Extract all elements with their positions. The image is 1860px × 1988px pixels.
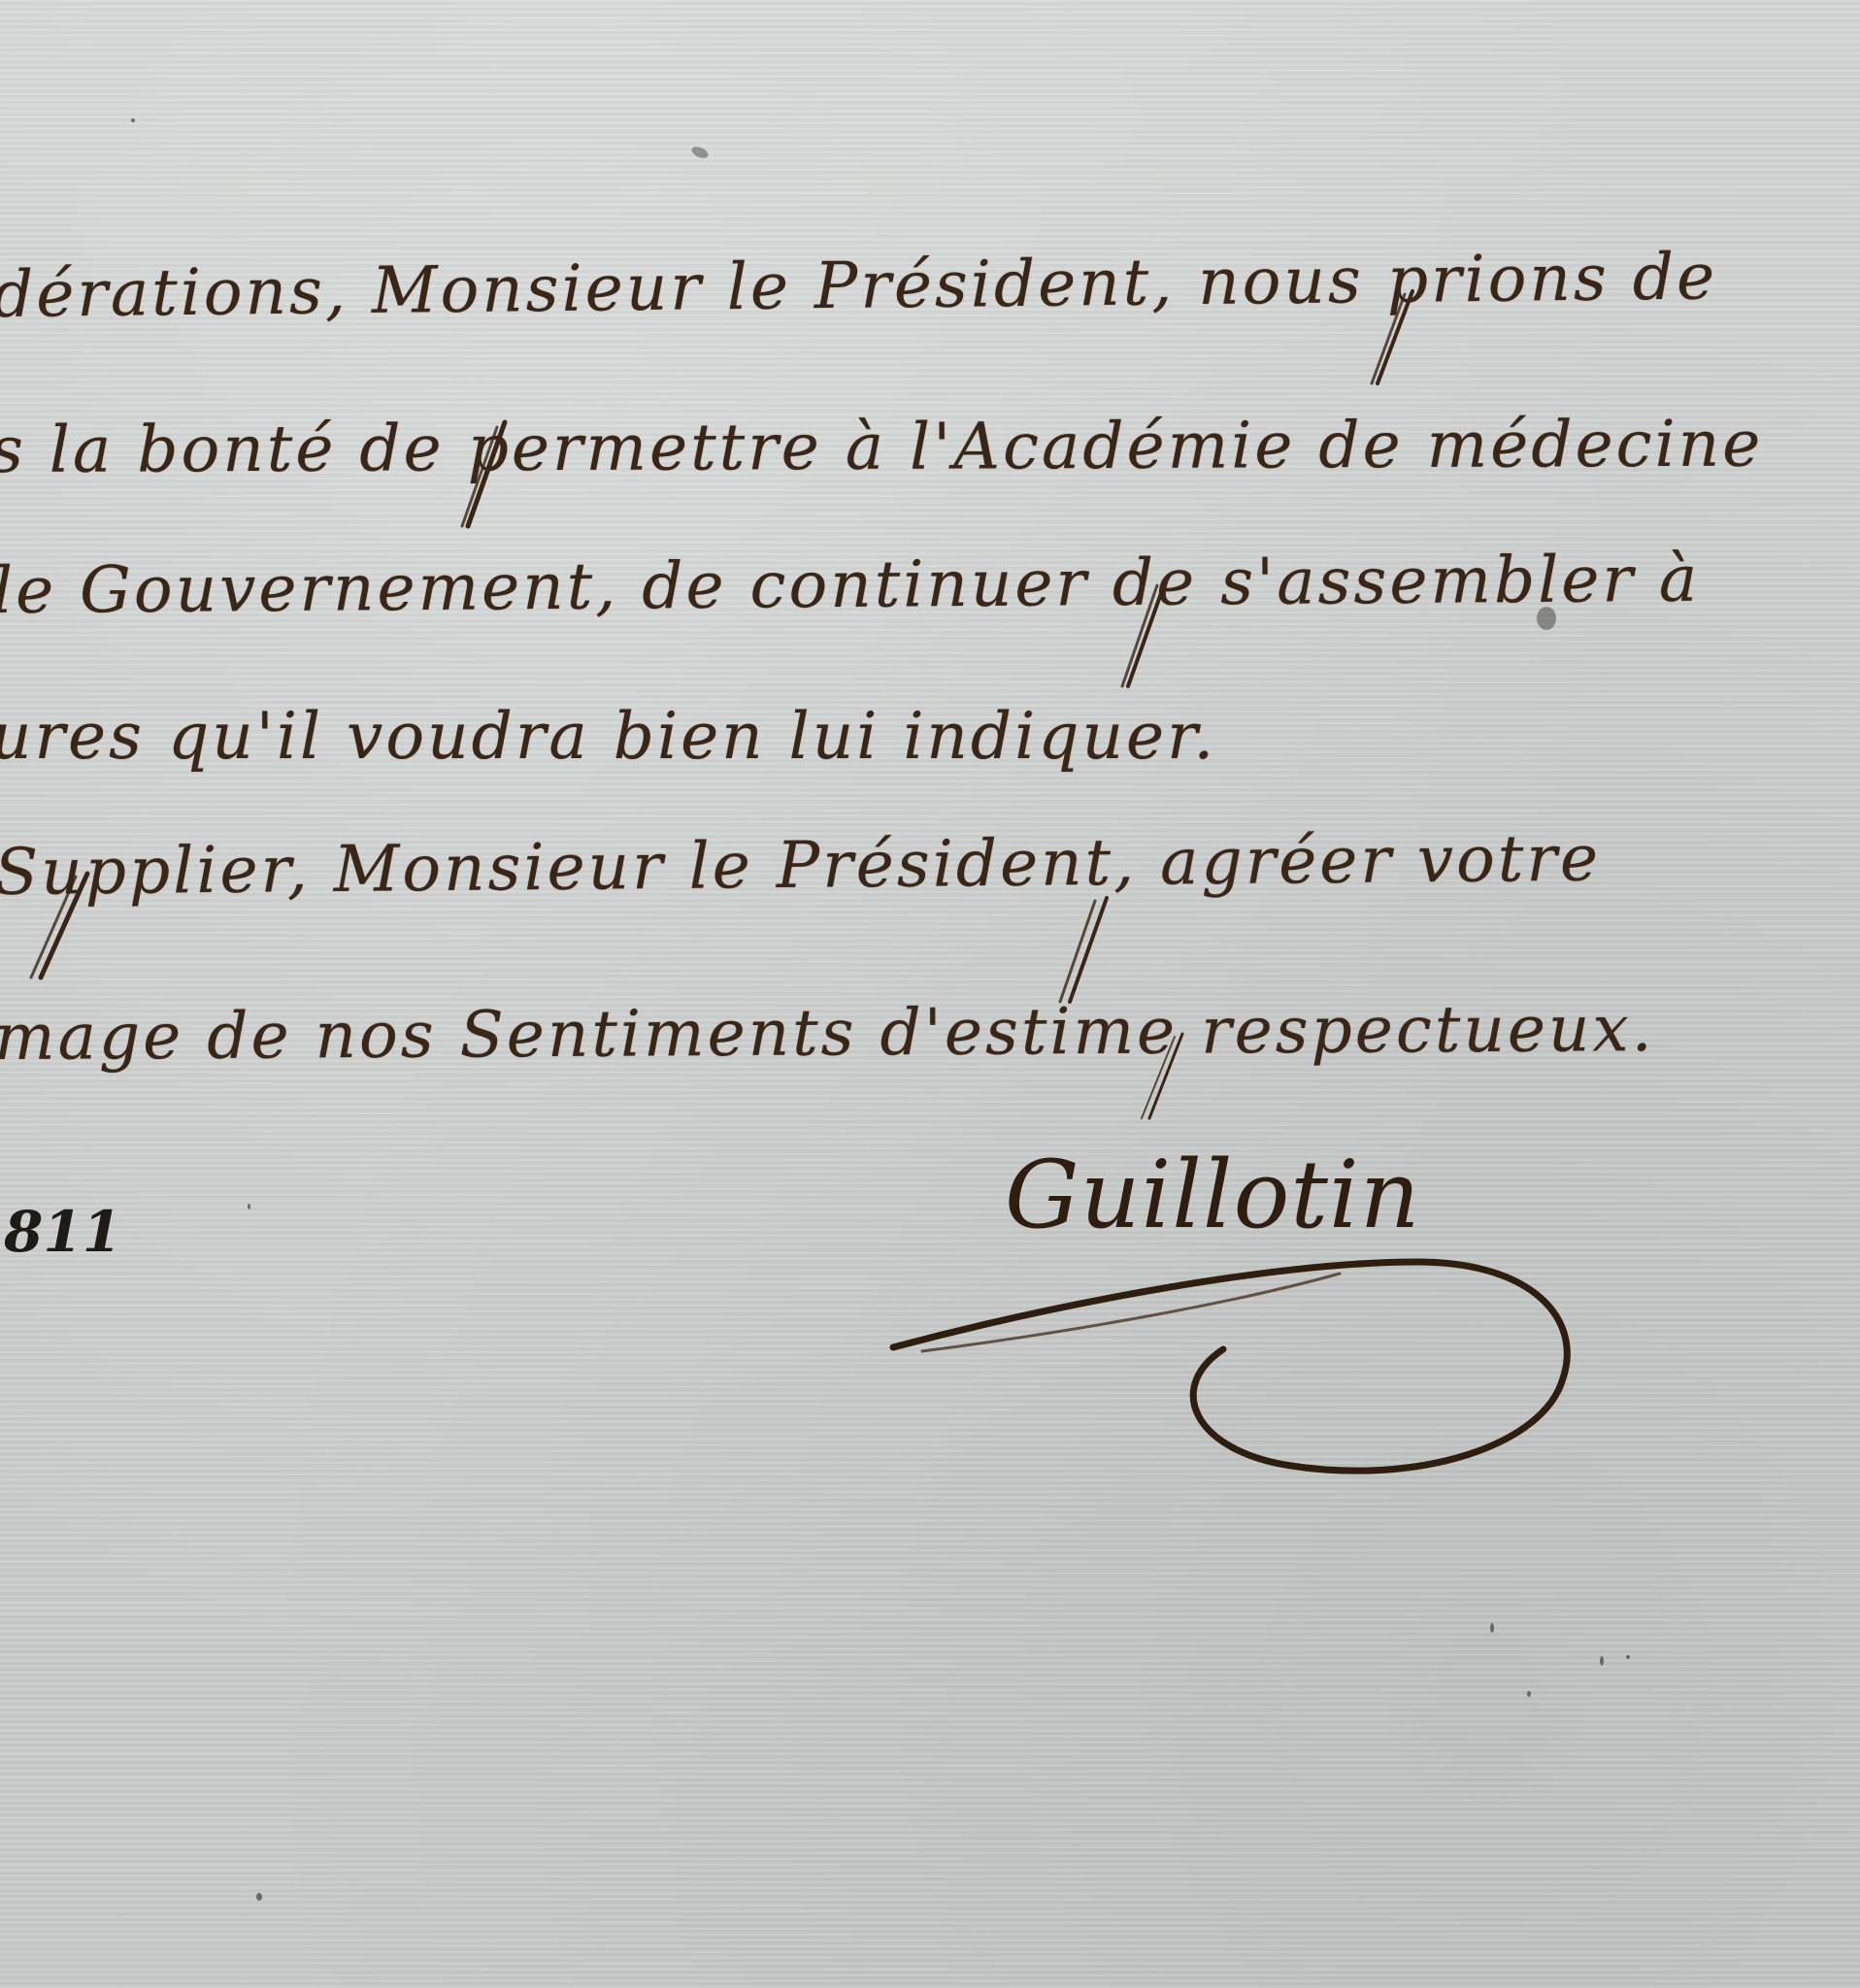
letter-line: ures qu'il voudra bien lui indiquer. — [0, 699, 1216, 774]
paper-speck — [1490, 1623, 1494, 1633]
paper-speck — [1527, 1691, 1531, 1697]
signature-flourish-icon — [874, 1242, 1611, 1495]
letter-line: mage de nos Sentiments d'estime respectu… — [0, 991, 1655, 1075]
date-fragment: 811 — [4, 1199, 121, 1265]
letter-line: dérations, Monsieur le Président, nous p… — [0, 239, 1717, 332]
paper-speck — [248, 1204, 250, 1209]
paper-speck — [1626, 1655, 1630, 1659]
paper-speck — [690, 145, 711, 161]
letter-line: le Gouvernement, de continuer de s'assem… — [0, 542, 1700, 628]
paper-speck — [256, 1893, 262, 1901]
paper-speck — [1600, 1656, 1604, 1666]
signature: Guillotin — [1005, 1141, 1421, 1249]
letter-page: dérations, Monsieur le Président, nous p… — [0, 0, 1860, 1988]
descender-stroke-icon — [1048, 893, 1126, 1010]
letter-line: s la bonté de permettre à l'Académie de … — [0, 407, 1763, 487]
paper-speck — [131, 118, 135, 122]
letter-line: Supplier, Monsieur le Président, agréer … — [0, 821, 1601, 910]
